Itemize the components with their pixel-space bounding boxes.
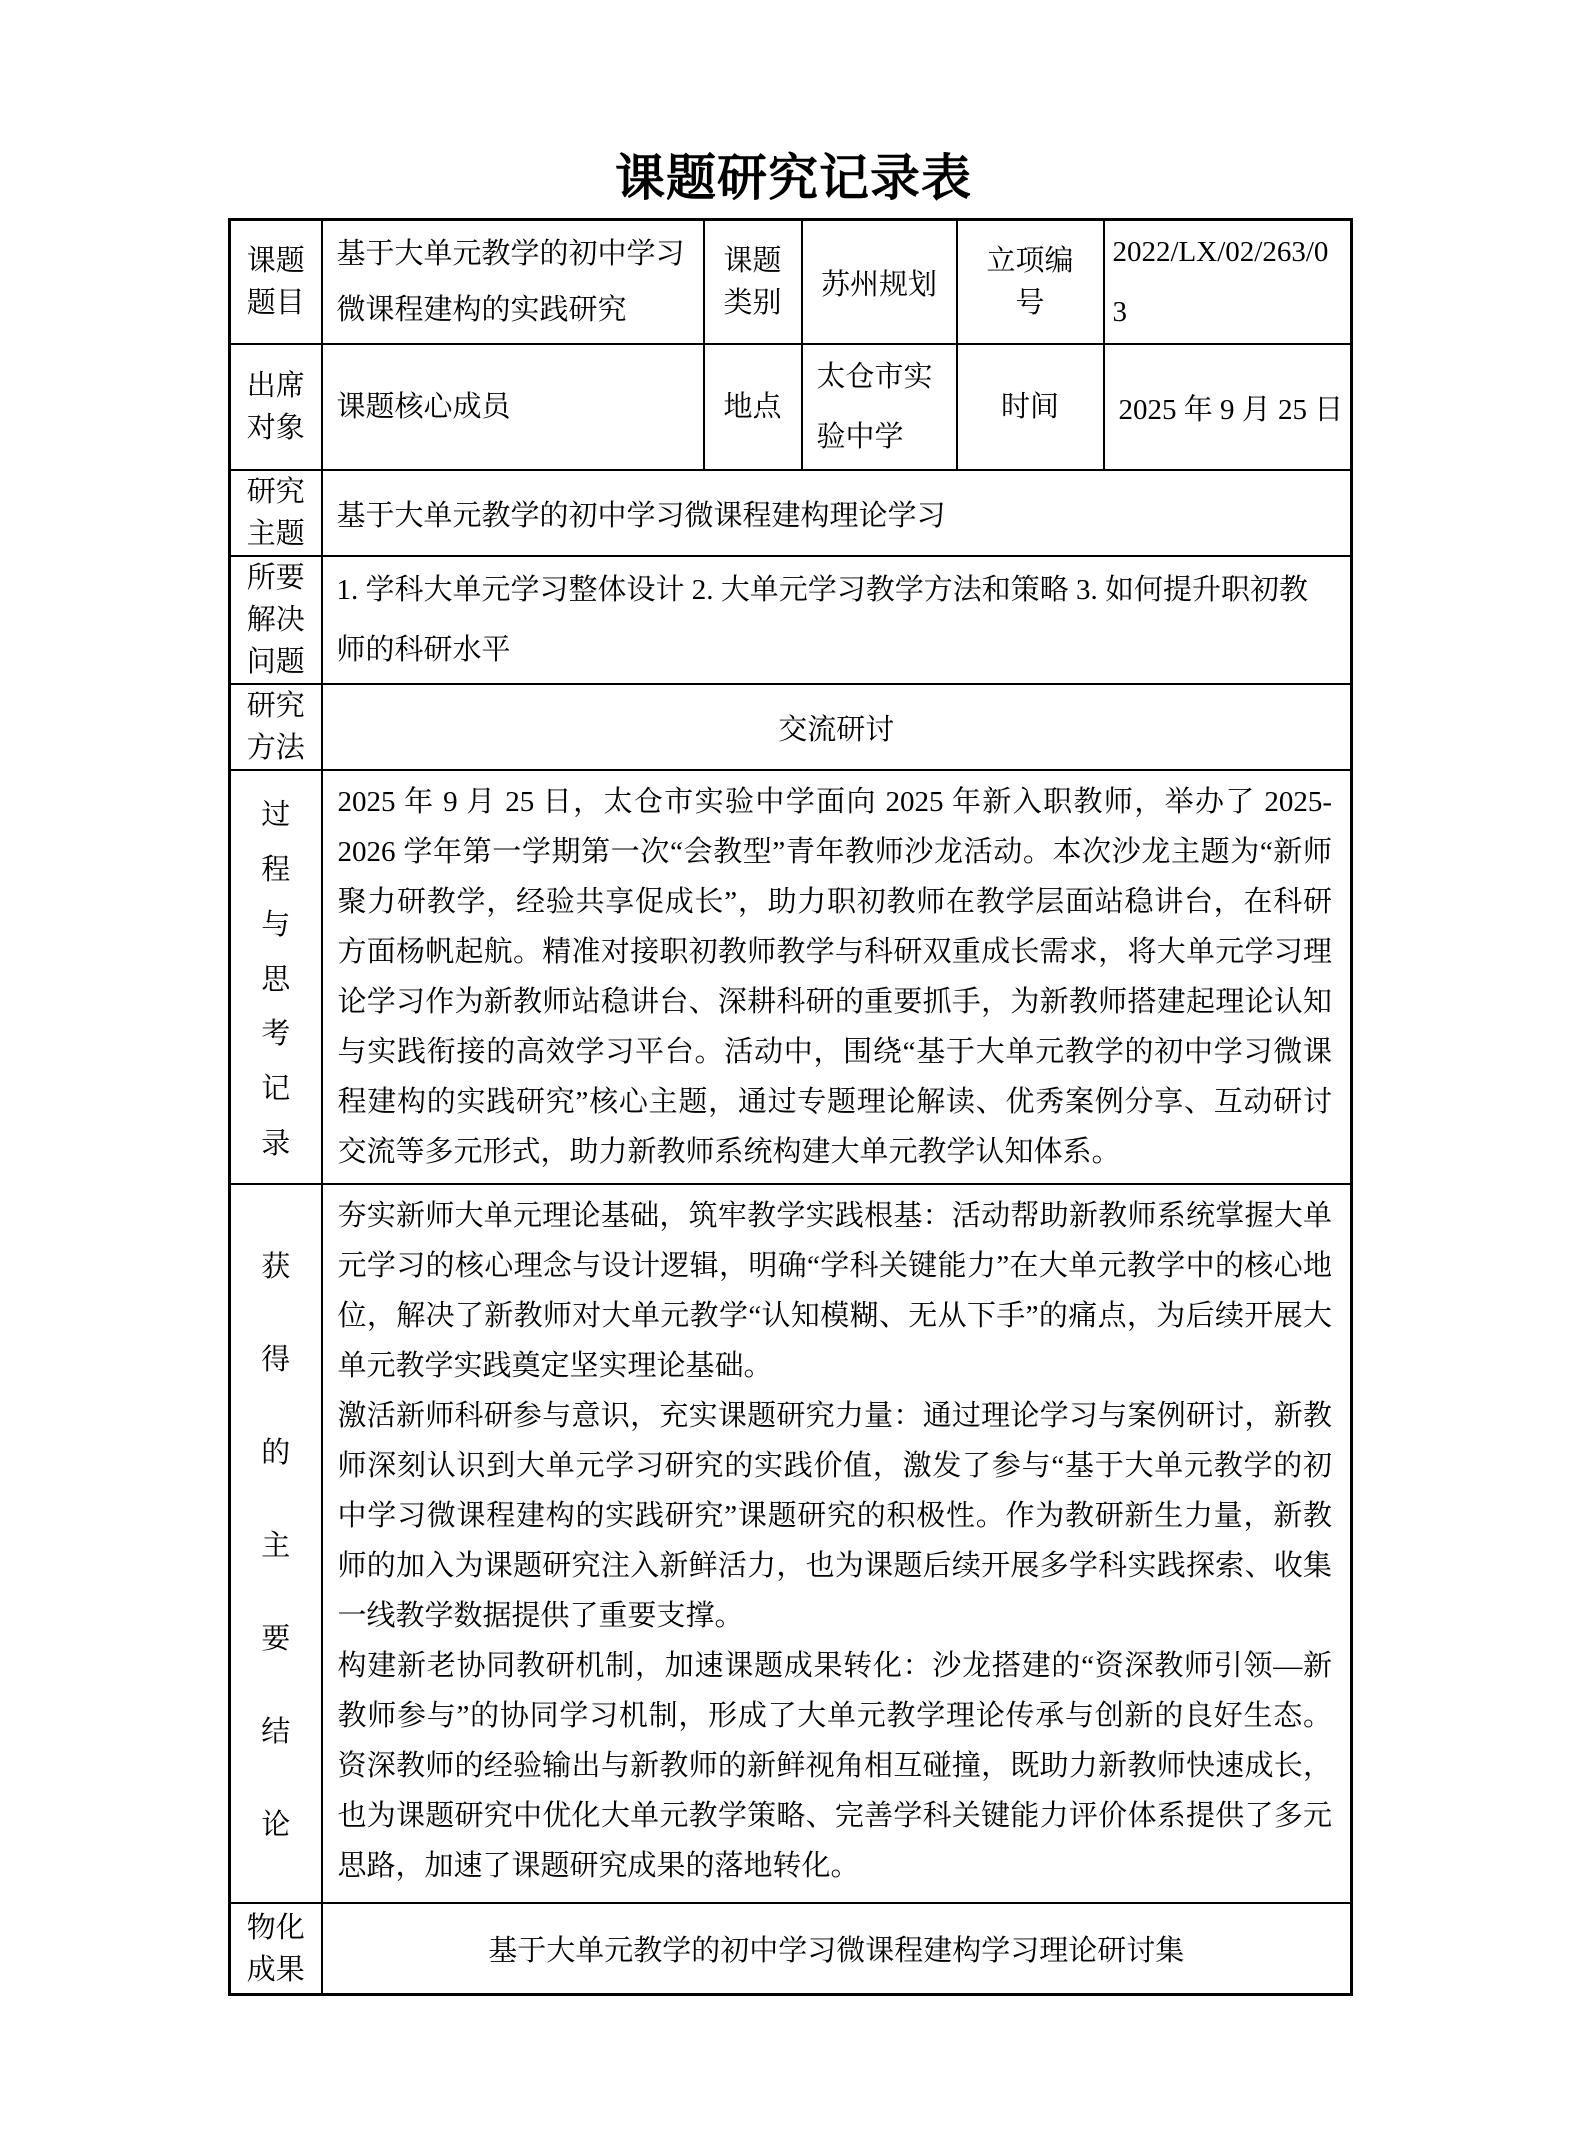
table-row: 获得的主要结论 夯实新师大单元理论基础，筑牢教学实践根基：活动帮助新教师系统掌握…: [230, 1184, 1352, 1903]
category-header: 课题类别: [704, 220, 802, 345]
project-code-header: 立项编号: [957, 220, 1104, 345]
table-row: 研究主题 基于大单元教学的初中学习微课程建构理论学习: [230, 470, 1352, 556]
research-record-table: 课题题目 基于大单元教学的初中学习微课程建构的实践研究 课题类别 苏州规划 立项…: [228, 218, 1353, 1996]
time-value: 2025 年 9 月 25 日: [1104, 344, 1352, 470]
category-value: 苏州规划: [802, 220, 957, 345]
place-value: 太仓市实验中学: [802, 344, 957, 470]
outcome-value: 基于大单元教学的初中学习微课程建构学习理论研讨集: [322, 1903, 1352, 1995]
attendees-value: 课题核心成员: [322, 344, 704, 470]
document-page: 课题研究记录表 课题题目 基于大单元教学的初中学习微课程建构的实践研究 课题类别…: [0, 0, 1587, 2145]
conclusions-cell: 夯实新师大单元理论基础，筑牢教学实践根基：活动帮助新教师系统掌握大单元学习的核心…: [322, 1184, 1352, 1903]
process-notes-header-cell: 过程与思考记录: [230, 770, 322, 1184]
conclusion-paragraph-1: 夯实新师大单元理论基础，筑牢教学实践根基：活动帮助新教师系统掌握大单元学习的核心…: [338, 1191, 1333, 1391]
process-notes-header: 过程与思考记录: [231, 778, 321, 1176]
conclusions-header-cell: 获得的主要结论: [230, 1184, 322, 1903]
place-header: 地点: [704, 344, 802, 470]
method-header: 研究方法: [230, 684, 322, 770]
conclusions-header: 获得的主要结论: [231, 1192, 321, 1895]
table-row: 课题题目 基于大单元教学的初中学习微课程建构的实践研究 课题类别 苏州规划 立项…: [230, 220, 1352, 345]
project-title-value: 基于大单元教学的初中学习微课程建构的实践研究: [322, 220, 704, 345]
table-row: 所要解决问题 1. 学科大单元学习整体设计 2. 大单元学习教学方法和策略 3.…: [230, 556, 1352, 684]
method-value: 交流研讨: [322, 684, 1352, 770]
document-title: 课题研究记录表: [0, 150, 1587, 206]
outcome-header: 物化成果: [230, 1903, 322, 1995]
time-header: 时间: [957, 344, 1104, 470]
table-row: 物化成果 基于大单元教学的初中学习微课程建构学习理论研讨集: [230, 1903, 1352, 1995]
table-row: 研究方法 交流研讨: [230, 684, 1352, 770]
process-notes-cell: 2025 年 9 月 25 日，太仓市实验中学面向 2025 年新入职教师，举办…: [322, 770, 1352, 1184]
conclusion-paragraph-2: 激活新师科研参与意识，充实课题研究力量：通过理论学习与案例研讨，新教师深刻认识到…: [338, 1391, 1333, 1641]
attendees-header: 出席对象: [230, 344, 322, 470]
research-topic-value: 基于大单元教学的初中学习微课程建构理论学习: [322, 470, 1352, 556]
project-code-value: 2022/LX/02/263/03: [1104, 220, 1352, 345]
problems-value: 1. 学科大单元学习整体设计 2. 大单元学习教学方法和策略 3. 如何提升职初…: [322, 556, 1352, 684]
research-topic-header: 研究主题: [230, 470, 322, 556]
problems-header: 所要解决问题: [230, 556, 322, 684]
table-row: 出席对象 课题核心成员 地点 太仓市实验中学 时间 2025 年 9 月 25 …: [230, 344, 1352, 470]
process-notes-paragraph: 2025 年 9 月 25 日，太仓市实验中学面向 2025 年新入职教师，举办…: [338, 777, 1333, 1177]
table-row: 过程与思考记录 2025 年 9 月 25 日，太仓市实验中学面向 2025 年…: [230, 770, 1352, 1184]
conclusion-paragraph-3: 构建新老协同教研机制，加速课题成果转化：沙龙搭建的“资深教师引领—新教师参与”的…: [338, 1641, 1333, 1891]
project-title-header: 课题题目: [230, 220, 322, 345]
